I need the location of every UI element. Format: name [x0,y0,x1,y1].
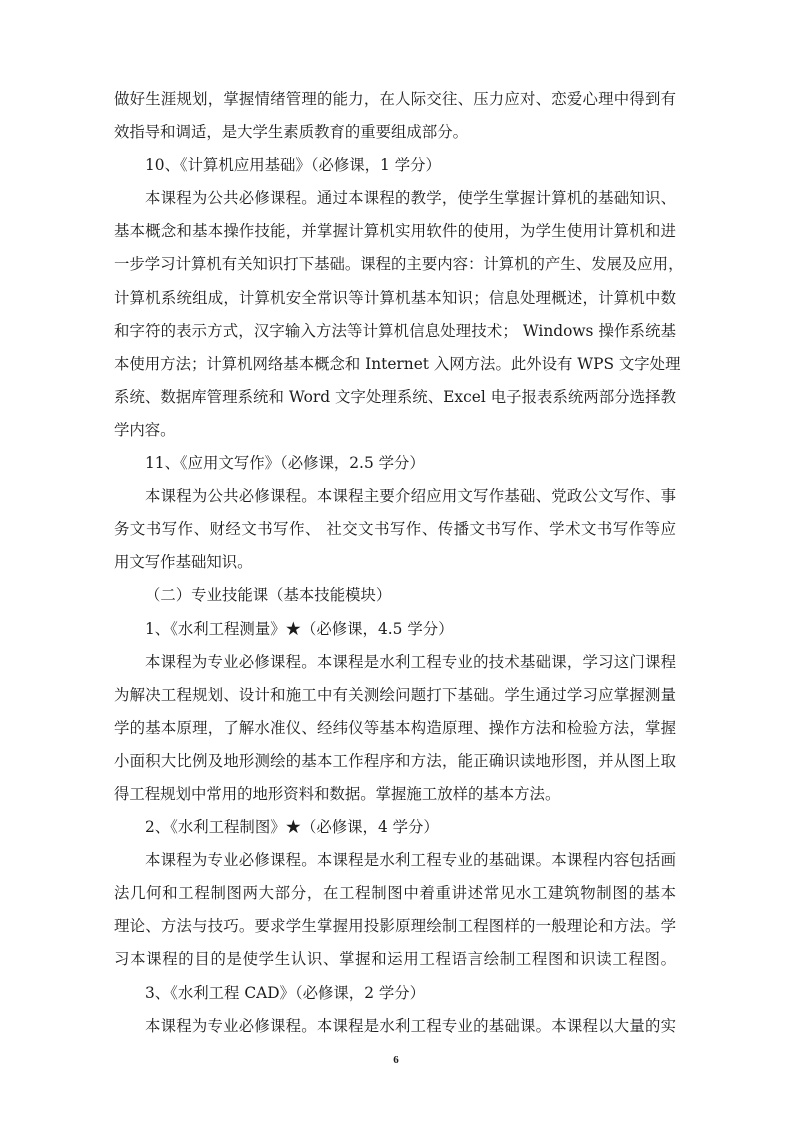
paragraph-line: 法几何和工程制图两大部分，在工程制图中着重讲述常见水工建筑物制图的基本 [114,877,676,910]
document-page: 做好生涯规划，掌握情绪管理的能力，在人际交往、压力应对、恋爱心理中得到有 效指导… [114,83,676,1043]
paragraph-line: 务文书写作、财经文书写作、 社交文书写作、传播文书写作、学术文书写作等应 [114,513,676,546]
paragraph-line: 小面积大比例及地形测绘的基本工作程序和方法，能正确识读地形图，并从图上取 [114,745,676,778]
paragraph-line: 本课程为公共必修课程。通过本课程的教学，使学生掌握计算机的基础知识、 [114,182,676,215]
paragraph-line: 效指导和调适，是大学生素质教育的重要组成部分。 [114,116,676,149]
page-number: 6 [0,1054,792,1066]
paragraph-line: 本课程为专业必修课程。本课程是水利工程专业的基础课。本课程以大量的实 [114,1010,676,1043]
paragraph-line: 为解决工程规划、设计和施工中有关测绘问题打下基础。学生通过学习应掌握测量 [114,679,676,712]
paragraph-line: 和字符的表示方式，汉字输入方法等计算机信息处理技术； Windows 操作系统基 [114,315,676,348]
course-heading-computer-basics: 10、《计算机应用基础》（必修课，1 学分） [114,149,676,182]
paragraph-line: 基本概念和基本操作技能，并掌握计算机实用软件的使用，为学生使用计算机和进 [114,215,676,248]
paragraph-line: 系统、数据库管理系统和 Word 文字处理系统、Excel 电子报表系统两部分选… [114,381,676,414]
paragraph-line: 学内容。 [114,414,676,447]
course-heading-applied-writing: 11、《应用文写作》（必修课，2.5 学分） [114,447,676,480]
paragraph-line: 本课程为专业必修课程。本课程是水利工程专业的技术基础课，学习这门课程 [114,646,676,679]
paragraph-line: 学的基本原理，了解水准仪、经纬仪等基本构造原理、操作方法和检验方法，掌握 [114,712,676,745]
course-heading-hydraulic-cad: 3、《水利工程 CAD》（必修课，2 学分） [114,977,676,1010]
paragraph-line: 一步学习计算机有关知识打下基础。课程的主要内容：计算机的产生、发展及应用， [114,248,676,281]
paragraph-line: 习本课程的目的是使学生认识、掌握和运用工程语言绘制工程图和识读工程图。 [114,943,676,976]
paragraph-line: 本课程为公共必修课程。本课程主要介绍应用文写作基础、党政公文写作、事 [114,480,676,513]
course-heading-hydraulic-drawing: 2、《水利工程制图》★（必修课，4 学分） [114,811,676,844]
paragraph-line: 计算机系统组成，计算机安全常识等计算机基本知识；信息处理概述，计算机中数 [114,282,676,315]
paragraph-line: 用文写作基础知识。 [114,546,676,579]
paragraph-line: 理论、方法与技巧。要求学生掌握用投影原理绘制工程图样的一般理论和方法。学 [114,910,676,943]
paragraph-line: 做好生涯规划，掌握情绪管理的能力，在人际交往、压力应对、恋爱心理中得到有 [114,83,676,116]
section-heading-professional-skills: （二）专业技能课（基本技能模块） [114,579,676,612]
paragraph-line: 本课程为专业必修课程。本课程是水利工程专业的基础课。本课程内容包括画 [114,844,676,877]
paragraph-line: 本使用方法；计算机网络基本概念和 Internet 入网方法。此外设有 WPS … [114,348,676,381]
course-heading-hydraulic-surveying: 1、《水利工程测量》★（必修课，4.5 学分） [114,613,676,646]
paragraph-line: 得工程规划中常用的地形资料和数据。掌握施工放样的基本方法。 [114,778,676,811]
